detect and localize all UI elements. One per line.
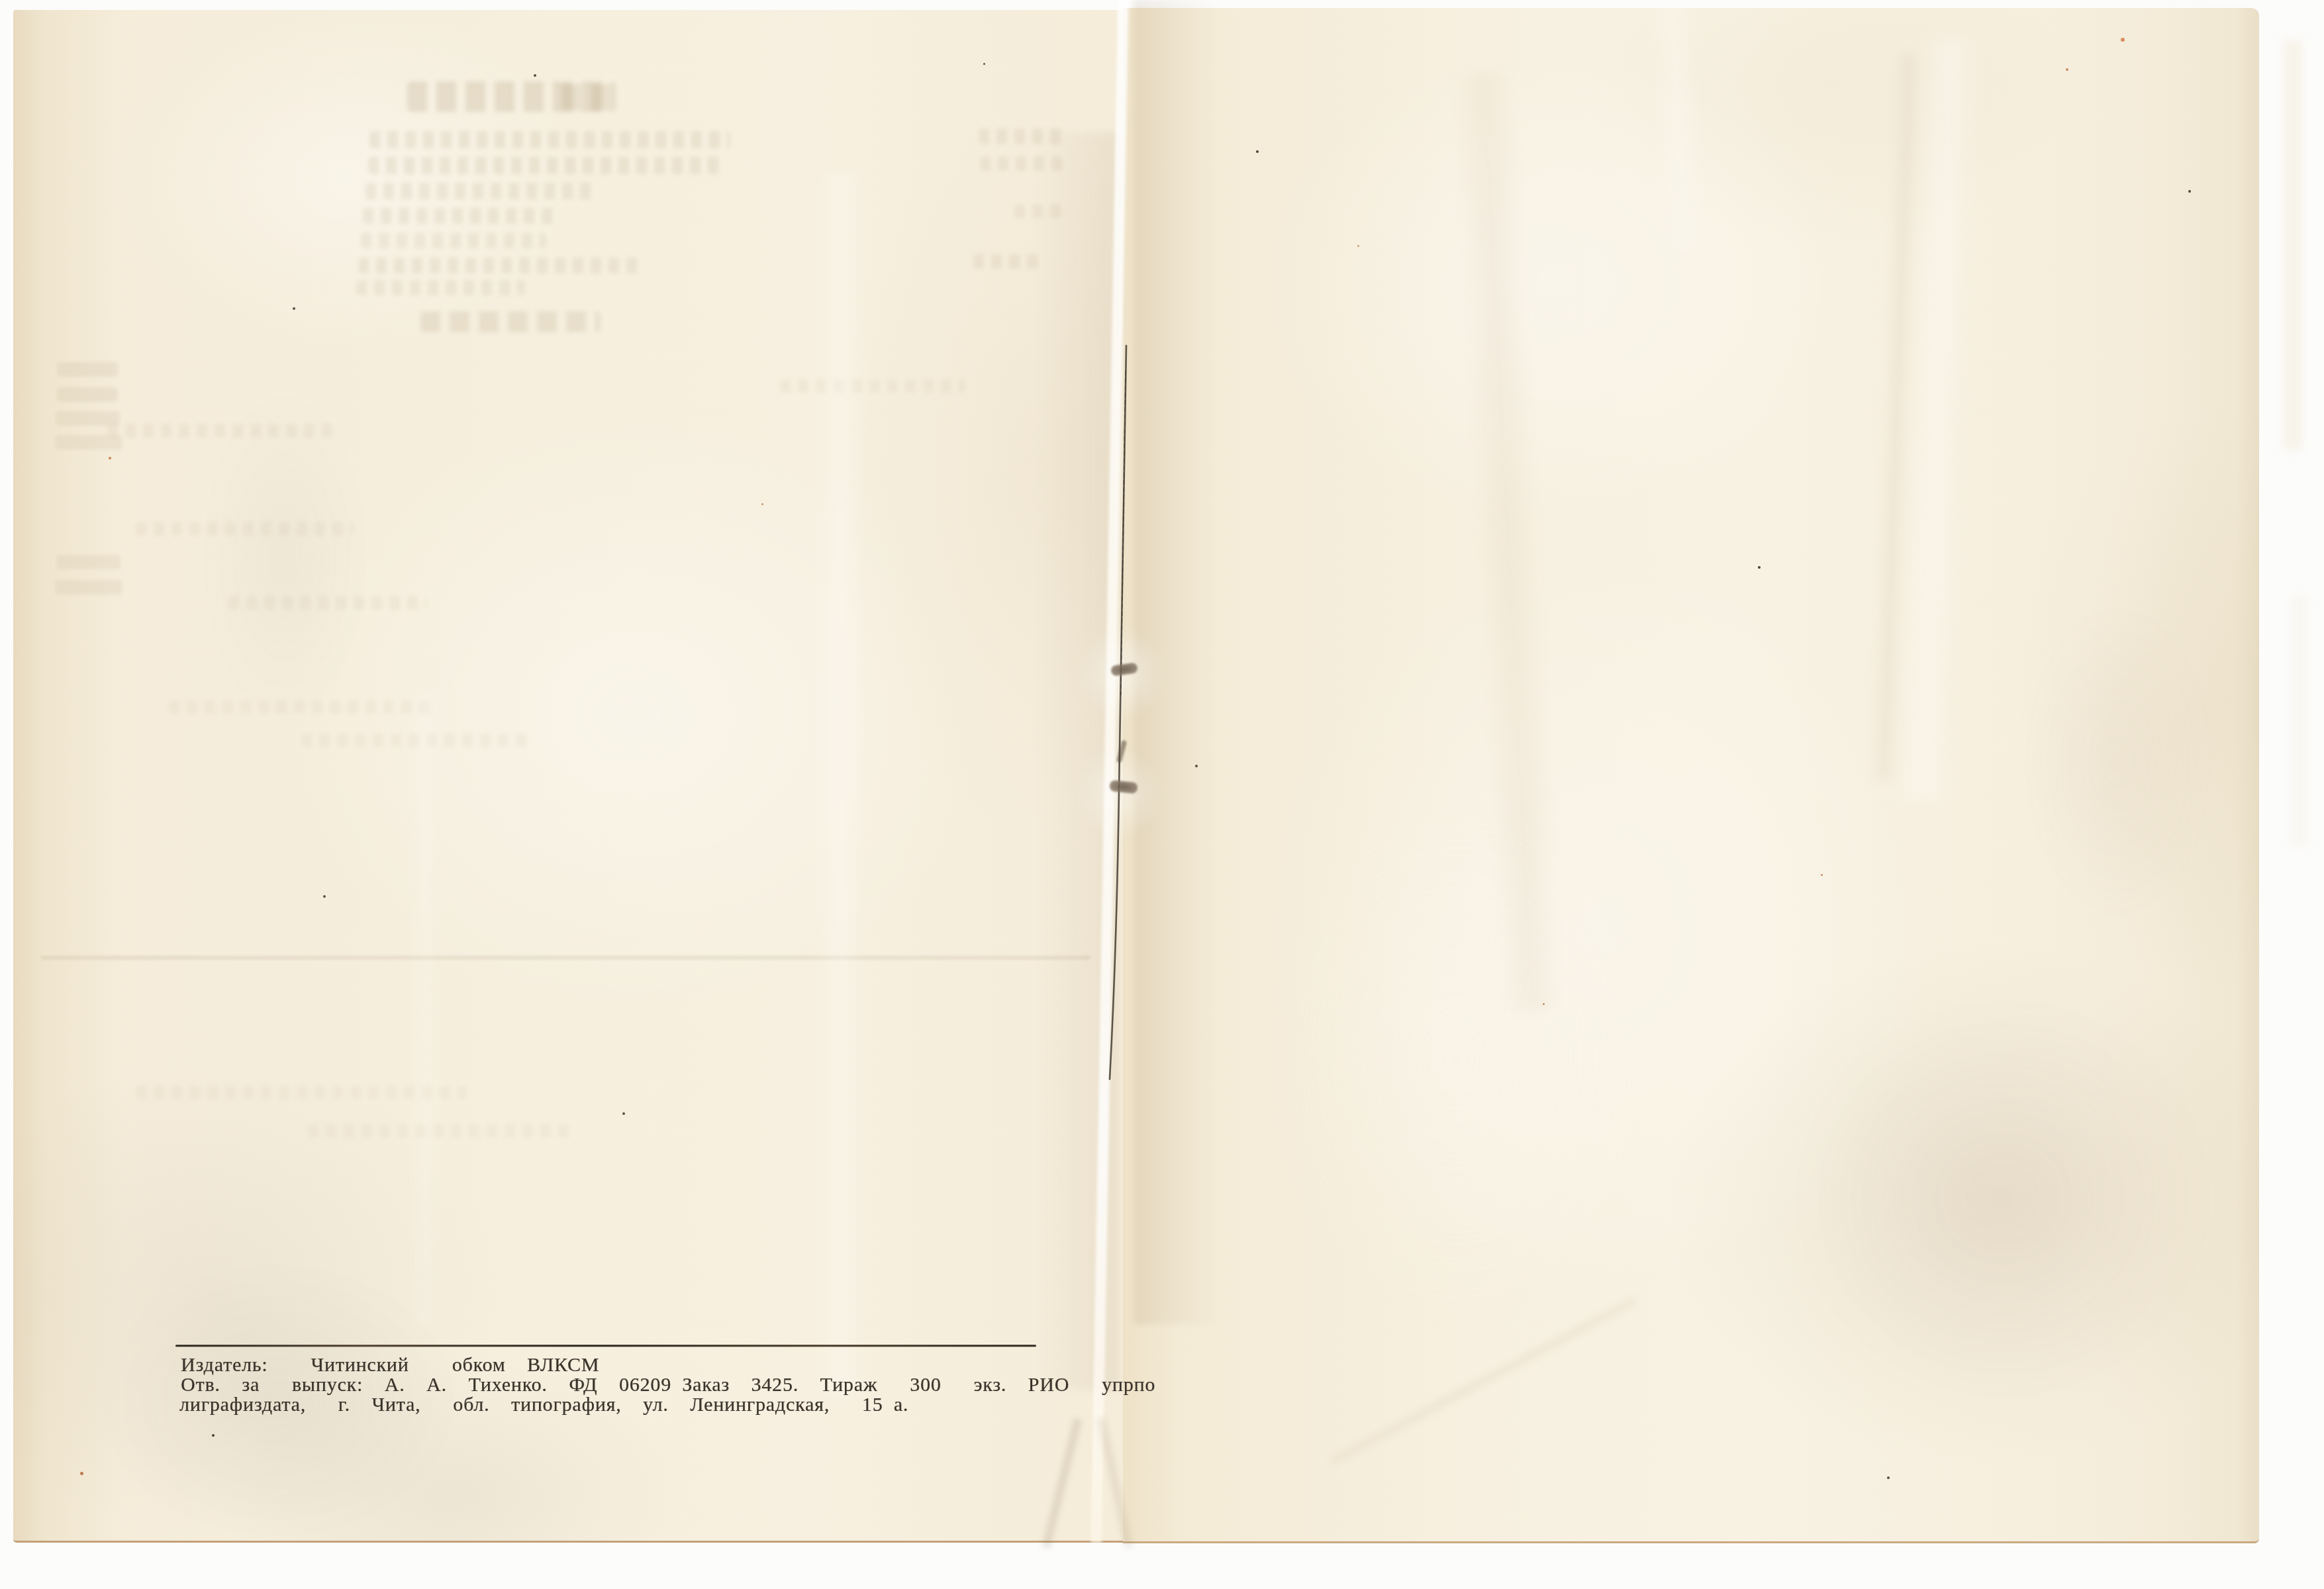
ghost-text-line (368, 157, 726, 174)
ghost-text-fragment (979, 128, 1068, 144)
ghost-text-line (356, 280, 525, 295)
right-page-paper-texture (1123, 8, 2259, 1541)
left-page-paper-texture (13, 10, 1123, 1541)
ghost-text-fragment (980, 156, 1063, 171)
left-page (13, 10, 1123, 1543)
ghost-number-fragment (56, 555, 121, 569)
ghost-text-line (136, 1086, 467, 1099)
ghost-text-line (358, 258, 643, 273)
ghost-text-line (107, 424, 339, 438)
ghost-text-line (361, 233, 546, 248)
colophon-rule (175, 1345, 1036, 1347)
ghost-text-line (780, 379, 965, 393)
colophon-line-address: лиграфиздата, г. Чита, обл. типография, … (179, 1394, 908, 1416)
ghost-text-line (169, 700, 434, 714)
ghost-text-line (228, 596, 427, 610)
scanner-margin-streak (2291, 596, 2308, 847)
ghost-text-line (365, 183, 597, 199)
right-page (1123, 8, 2259, 1543)
ghost-title-smudge (561, 84, 616, 111)
ghost-text-fragment (1014, 205, 1069, 218)
ghost-number-fragment (57, 387, 118, 402)
scanned-booklet-spread: Издатель: Читинский обком ВЛКСМ Отв. за … (0, 0, 2324, 1589)
ghost-text-line (136, 522, 354, 536)
ghost-heading-smudge (420, 311, 601, 332)
ghost-text-line (301, 734, 530, 747)
colophon-line-print-info: Отв. за выпуск: А. А. Тихенко. ФД 06209 … (181, 1374, 1155, 1396)
colophon-line-publisher: Издатель: Читинский обком ВЛКСМ (181, 1355, 599, 1376)
ghost-rule-line (41, 956, 1090, 959)
ghost-text-fragment (973, 254, 1041, 269)
scanner-margin-streak (2283, 40, 2303, 450)
ghost-text-line (369, 131, 730, 148)
ghost-text-line (308, 1124, 573, 1137)
ghost-text-line (363, 208, 555, 224)
ghost-number-fragment (57, 362, 118, 377)
ghost-number-fragment (55, 580, 122, 595)
